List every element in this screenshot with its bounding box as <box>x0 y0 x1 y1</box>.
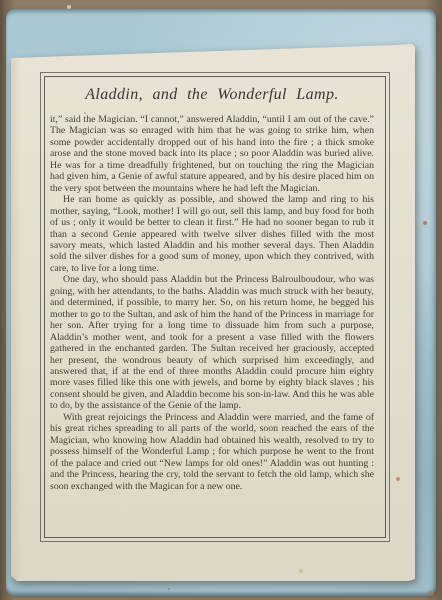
paragraph-lamp-genie: He ran home as quickly as possible, and … <box>50 194 374 274</box>
text-frame: Aladdin, and the Wonderful Lamp. it,” sa… <box>40 72 390 542</box>
text-frame-inner: Aladdin, and the Wonderful Lamp. it,” sa… <box>44 76 386 538</box>
photo-background: Aladdin, and the Wonderful Lamp. it,” sa… <box>0 0 442 600</box>
paragraph-new-lamps: With great rejoicings the Princess and A… <box>50 412 374 492</box>
book-page-shadow: Aladdin, and the Wonderful Lamp. it,” sa… <box>0 0 442 600</box>
paper-specks <box>0 0 2 2</box>
page-title: Aladdin, and the Wonderful Lamp. <box>50 85 374 105</box>
book-page: Aladdin, and the Wonderful Lamp. it,” sa… <box>11 44 415 581</box>
paragraph-princess: One day, who should pass Aladdin but the… <box>50 274 374 411</box>
paragraph-continuation: it,” said the Magician. “I cannot,” answ… <box>50 114 374 194</box>
